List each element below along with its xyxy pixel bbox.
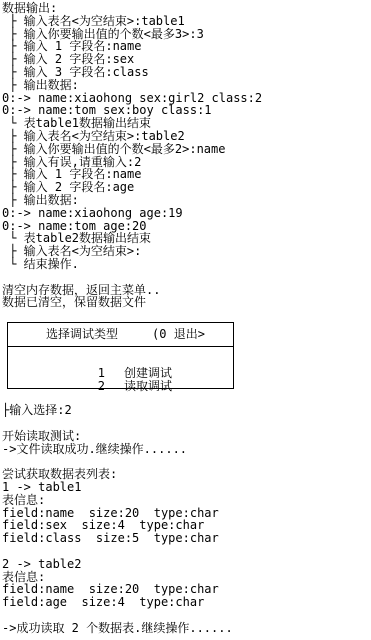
console-line: ├ 输入表名<为空结束>:table1 [2,15,371,28]
console-line [2,609,371,622]
console-line: ├输入选择:2 [2,404,371,417]
menu-item-key: 2 [98,379,105,393]
menu-items: 1创建调试 2读取调试 [8,347,233,388]
console-line: ├ 输入表名<为空结束>:table2 [2,130,371,143]
console-line: 数据已清空，保留数据文件 [2,296,371,309]
console-line: ├ 输入你要输出值的个数<最多2>:name [2,143,371,156]
console-output: 数据输出: ├ 输入表名<为空结束>:table1 ├ 输入你要输出值的个数<最… [0,0,371,640]
menu-item-label: 读取调试 [124,379,172,393]
console-line: ├ 输入 3 字段名:class [2,66,371,79]
menu-item: 1创建调试 [8,354,233,367]
console-line: ->文件读取成功.继续操作...... [2,443,371,456]
console-line [2,271,371,284]
console-line: 表信息: [2,494,371,507]
console-line: └ 结束操作. [2,258,371,271]
console-line: field:age size:4 type:char [2,596,371,609]
console-line: 1 -> table1 [2,481,371,494]
console-line: 0:-> name:xiaohong age:19 [2,207,371,220]
console-line: 数据输出: [2,2,371,15]
console-line [2,545,371,558]
console-line: ├ 输出数据: [2,79,371,92]
console-line: ->成功读取 2 个数据表.继续操作...... [2,622,371,635]
menu-title-row: 选择调试类型 (0 退出> [8,323,233,347]
console-line: 开始读取测试: [2,430,371,443]
debug-menu-box: 选择调试类型 (0 退出> 1创建调试 2读取调试 [7,322,234,388]
console-line: field:class size:5 type:char [2,532,371,545]
menu-title: 选择调试类型 [46,328,118,341]
console-line: ├ 输出数据: [2,194,371,207]
menu-exit-hint: (0 退出> [152,328,205,341]
console-line [2,417,371,430]
console-line: 2 -> table2 [2,558,371,571]
menu-item-label: 创建调试 [124,366,172,380]
